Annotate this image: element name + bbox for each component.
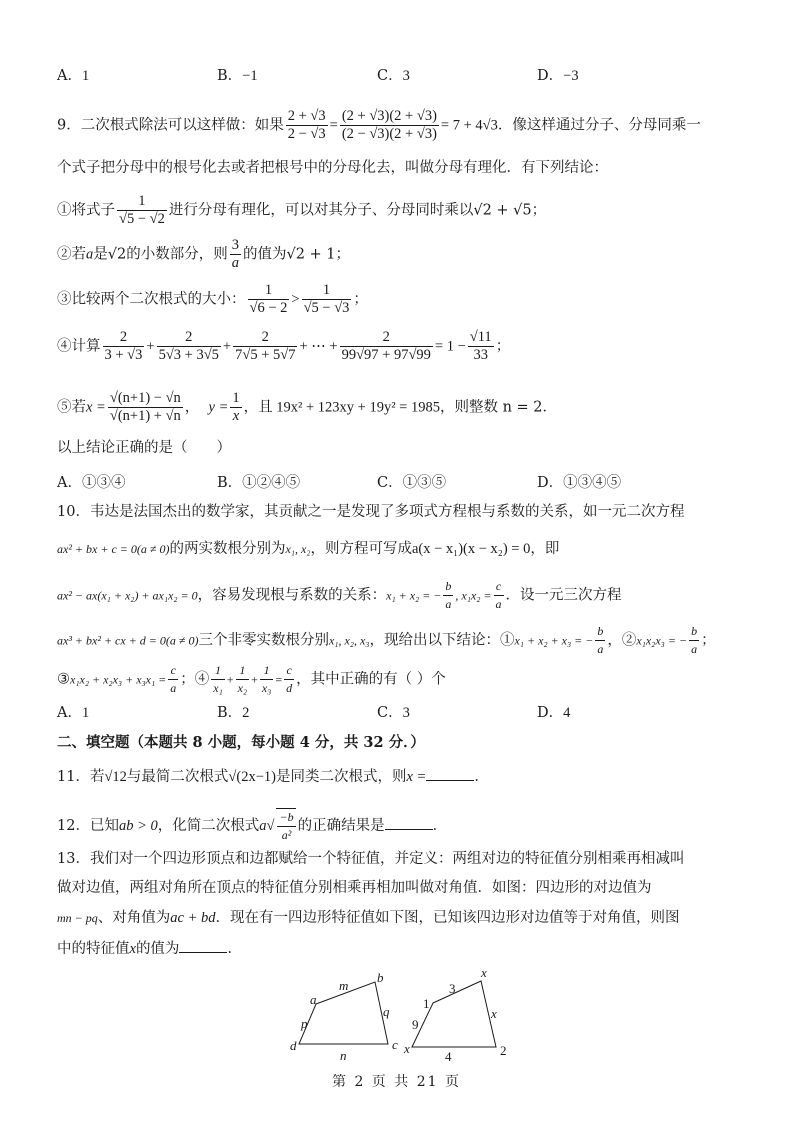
q8-options: A．1 B．−1 C．3 D．−3 [57,64,757,84]
q9-statement-3: ③比较两个二次根式的大小：1√6 − 2>1√5 − √3； [57,282,368,317]
page-footer: 第 2 页 共 21 页 [0,1071,793,1091]
q9-statement-1: ①将式子1√5 − √2进行分母有理化，可以对其分子、分母同时乘以√2 + √5… [57,193,546,228]
q9-statement-2: ②若a是√2的小数部分，则3a的值为√2 + 1； [57,237,350,272]
q10-option-b: B．2 [217,701,249,722]
vertex-label-d: d [290,1038,297,1053]
q10-line-3: ax² − ax(x₁ + x₂) + ax₁x₂ = 0，容易发现根与系数的关… [57,578,622,613]
answer-blank[interactable] [426,766,474,781]
q13-line-1: 13．我们对一个四边形顶点和边都赋给一个特征值，并定义：两组对边的特征值分别相乘… [57,849,684,869]
quadrilateral-figures: a b c d m q n p x x x 1 2 3 4 9 [288,963,518,1061]
q10-option-a: A．1 [57,701,89,722]
q10-line-5: ③x₁x₂ + x₂x₃ + x₃x₁ =ca；④1x₁+1x₂+1x₃=cd，… [57,662,446,697]
q9-example-result: = 7 + 4√3 [441,118,498,134]
vertex-label-bottom-right: 2 [500,1043,507,1058]
q8-option-d: D．−3 [537,64,579,85]
q8-option-c: C．3 [377,64,410,85]
q10-option-d: D．4 [537,701,570,722]
q13-line-4: 中的特征值x的值为． [57,938,242,959]
edge-label-right: x [490,1006,497,1021]
q8-option-b: B．−1 [217,64,258,85]
vertex-label-a: a [310,992,317,1007]
q9-intro-text: 二次根式除法可以这样做：如果 [81,118,284,134]
edge-label-top: 3 [449,981,456,996]
quadrilateral-diagram: a b c d m q n p x x x 1 2 3 4 9 [288,963,518,1061]
edge-label-p: p [300,1016,308,1031]
q10-line-1: 10．韦达是法国杰出的数学家，其贡献之一是发现了多项式方程根与系数的关系，如一元… [57,502,684,522]
q9-option-a: A．①③④ [57,471,125,492]
answer-blank[interactable] [385,815,433,830]
q9-question: 以上结论正确的是（ ） [57,438,231,458]
q9-example-lhs: 2 + √32 − √3 [286,108,328,143]
q9-example-mid: (2 + √3)(2 + √3)(2 − √3)(2 + √3) [340,108,439,143]
answer-blank[interactable] [179,938,227,953]
edge-label-left: 9 [412,1017,419,1032]
q9-option-c: C．①③⑤ [377,471,446,492]
q13-line-3: mn − pq、对角值为ac + bd．现在有一四边形特征值如下图，已知该四边形… [57,908,680,928]
vertex-label-bottom-left: x [403,1041,410,1056]
q9-options: A．①③④ B．①②④⑤ C．①③⑤ D．①③④⑤ [57,471,757,491]
vertex-label-c: c [392,1037,398,1052]
vertex-label-top-right: x [480,965,487,980]
edge-label-q: q [383,1004,390,1019]
q9-option-d: D．①③④⑤ [537,471,621,492]
question-number: 9． [57,118,81,134]
q10-line-2: ax² + bx + c = 0(a ≠ 0)的两实数根分别为x₁, x₂，则方… [57,539,559,559]
vertex-label-top-left: 1 [423,996,430,1011]
q9-option-b: B．①②④⑤ [217,471,300,492]
q12: 12．已知ab > 0，化简二次根式a√−ba²的正确结果是． [57,808,447,844]
q9-statement-5: ⑤若x =√(n+1) − √n√(n+1) + √n， y =1x，且 19x… [57,390,557,425]
q9-intro-suffix: ．像这样通过分子、分母同乘一 [498,118,701,134]
q9-intro: 9．二次根式除法可以这样做：如果2 + √32 − √3=(2 + √3)(2 … [57,108,701,143]
q10-line-4: ax³ + bx² + cx + d = 0(a ≠ 0)三个非零实数根分别x₁… [57,623,716,658]
section-heading: 二、填空题（本题共 8 小题，每小题 4 分，共 32 分．） [57,733,425,753]
q9-statement-4: ④计算23 + √3+25√3 + 3√5+27√5 + 5√7+ ⋯ +299… [57,329,510,364]
q8-option-a: A．1 [57,64,89,85]
q11: 11．若√12与最简二次根式√(2x−1)是同类二次根式，则x =． [57,766,489,787]
q9-intro-line2: 个式子把分母中的根号化去或者把根号中的分母化去，叫做分母有理化．有下列结论： [57,158,608,178]
edge-label-m: m [339,978,348,993]
q10-options: A．1 B．2 C．3 D．4 [57,701,757,721]
q13-line-2: 做对边值，两组对角所在顶点的特征值分别相乘再相加叫做对角值．如图：四边形的对边值… [57,878,652,898]
q10-option-c: C．3 [377,701,410,722]
edge-label-n: n [340,1048,347,1061]
vertex-label-b: b [377,970,384,985]
edge-label-bottom: 4 [445,1049,452,1061]
